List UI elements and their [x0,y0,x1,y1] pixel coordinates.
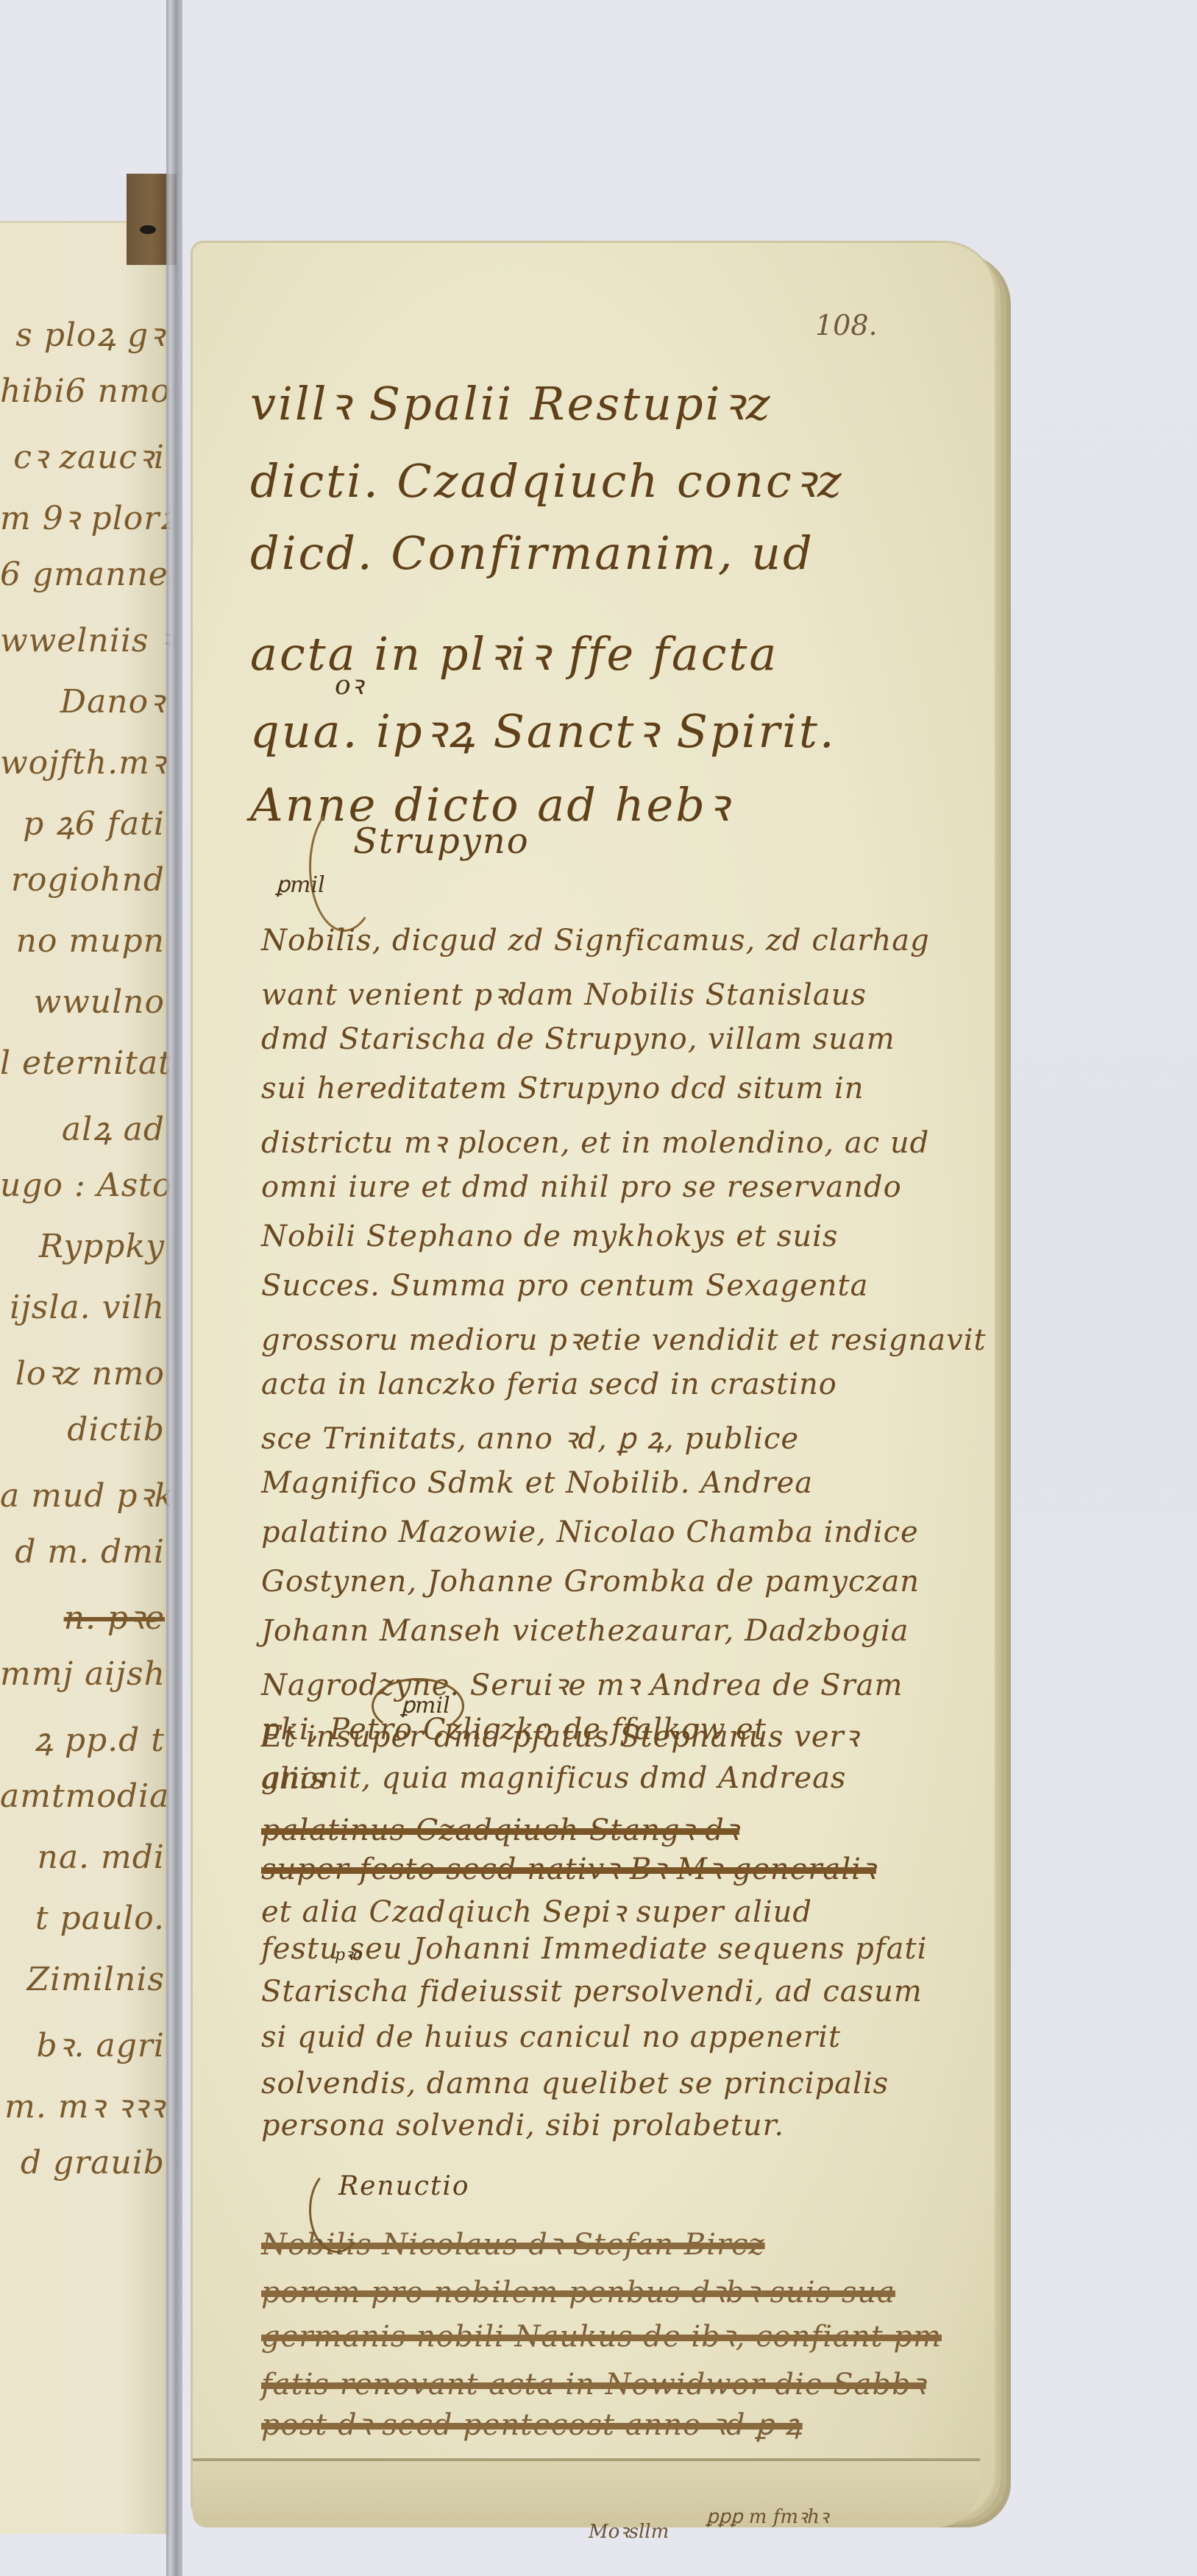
body-line: want venient pꝛdam Nobilis Stanislaus [261,973,867,1013]
left-margin-line: hibi6 nmo [0,372,171,415]
section-heading: Strupyno [353,821,530,862]
body-line: districtu mꝛ plocen, et in molendino, ac… [261,1121,929,1161]
left-margin-line: d m. dmi [0,1533,171,1576]
left-margin-line: wwulno [0,983,171,1026]
body-line: solvendis, damna quelibet se principalis [261,2067,889,2101]
left-margin-line: d grauib [0,2144,171,2187]
header-line: acta in plꝛiꝛ ffe facta [250,622,778,684]
folio-bottom-edge [193,2458,980,2527]
left-margin-line: wojfth.mꝛ [0,739,171,782]
left-margin-line: loꝛz nmo [0,1350,171,1393]
struck-line: post dꝛ secd pentecost anno ꝛd ꝑ ꝝ [261,2403,803,2444]
body-line: Nobili Stephano de mykhokys et suis [261,1220,838,1253]
body-line: Magnifico Sdmk et Nobilib. Andrea [261,1466,813,1500]
left-margin-line: ugo : Asto [0,1167,171,1209]
struck-line: fatis renovant acta in Nowidwor die Sabb… [261,2363,926,2403]
left-margin-line: rogiohnd [0,861,171,904]
header-line: qua. ipꝛꝝ Sanctꝛ Spirit. [250,699,837,761]
marginal-superscript: ꝑmil [276,872,325,898]
left-margin-line: l eternitati [0,1044,171,1087]
left-margin-line: mmj aijsh [0,1655,171,1698]
struck-line: Nobilis Nicolaus dꝛ Stefan Bircz [261,2223,765,2263]
left-margin-line: dictib [0,1411,171,1454]
struck-line: germanis nobili Naukus de ibꝛ, confiant … [261,2315,942,2355]
body-line: Nagrodzyne. Seruiꝛe mꝛ Andrea de Sram [261,1663,903,1704]
left-margin-line: t paulo. [0,1900,171,1942]
left-margin-line: no mupn [0,922,171,965]
interlinear-superscript: pꝛo [335,1943,363,1965]
left-margin-line: bꝛ. agri [0,2022,171,2064]
struck-line: porem pro nobilem penbus dꝛbꝛ suis sua [261,2271,895,2311]
body-line: Succes. Summa pro centum Sexagenta [261,1269,868,1303]
left-margin-line: amtmodia [0,1777,171,1820]
left-margin-line: m 9ꝛ plorꝝ [0,495,171,537]
bottom-margin-note: Moꝛsllm [589,2517,669,2544]
left-margin-line: m. mꝛ ꝛꝛꝛ [0,2083,171,2126]
body-line: Nobilis, dicgud zd Signficamus, zd clarh… [261,924,930,958]
left-margin-line: ijsla. vilh [0,1289,171,1331]
folio-number: 108. [815,309,878,342]
left-margin-line: s ploꝝ gꝛ [0,311,171,354]
body-line: omni iure et dmd nihil pro se reservando [261,1170,902,1204]
glass-rod [166,0,182,2576]
body-line: sce Trinitats, anno ꝛd, ꝑ ꝝ, publice [261,1417,799,1457]
body-line: gnonit, quia magnificus dmd Andreas [261,1761,846,1795]
header-line: dicd. Confirmanim, ud [250,526,814,580]
left-margin-line: Zimilnis [0,1961,171,2003]
left-margin-line: n. pꝛe [0,1594,171,1637]
bottom-margin-note: ꝑꝑꝑ m fmꝛhꝛ [706,2502,828,2529]
body-line: persona solvendi, sibi prolabetur. [261,2109,784,2142]
struck-line: super festo secd nativꝛ Bꝛ Mꝛ generaliꝛ [261,1847,876,1888]
left-margin-line: 6 gmanneb [0,556,171,598]
struck-line: palatinus Czadqiuch Stangꝛ dꝛ [261,1808,739,1849]
body-line: sui hereditatem Strupyno dcd situm in [261,1072,864,1105]
header-superscript: oꝛ [335,666,363,702]
body-line: Gostynen, Johanne Grombka de pamyczan [261,1565,920,1599]
left-margin-line: a mud pꝛk6 [0,1472,171,1515]
left-margin-line: na. mdi [0,1839,171,1881]
body-line: dmd Starischa de Strupyno, villam suam [261,1022,895,1056]
section-heading: Renuctio [338,2171,470,2201]
body-line: Starischa fideiussit persolvendi, ad cas… [261,1975,923,2009]
left-margin-line: alꝝ ad [0,1105,171,1148]
header-line: dicti. Czadqiuch concꝛz [250,449,844,511]
body-line: Et insuper dmd pfatus Stephanus verꝛ [261,1715,859,1755]
left-facing-page: s ploꝝ gꝛhibi6 nmocꝛ zaucꝛim 9ꝛ plorꝝ6 g… [0,221,171,2534]
rod-clip-hole [140,225,156,234]
body-line: si quid de huius canicul no appenerit [261,2020,841,2054]
left-margin-line: p ꝝ6 fati [0,800,171,843]
body-line: et alia Czadqiuch Sepiꝛ super aliud [261,1890,812,1931]
left-margin-line: Danoꝛ [0,678,171,721]
left-margin-line: Ryppky [0,1228,171,1270]
left-margin-line: wwelniis ꝛy [0,617,171,659]
body-line: acta in lanczko feria secd in crastino [261,1367,837,1401]
header-line: villꝛ Spalii Restupiꝛz [250,372,772,434]
body-line: Johann Manseh vicethezaurar, Dadzbogia [261,1614,909,1648]
body-line: grossoru medioru pꝛetie vendidit et resi… [261,1318,987,1359]
body-line: palatino Mazowie, Nicolao Chamba indice [261,1515,919,1549]
left-margin-line: cꝛ zaucꝛi [0,434,171,476]
left-margin-line: ꝝ pp.d t [0,1716,171,1759]
